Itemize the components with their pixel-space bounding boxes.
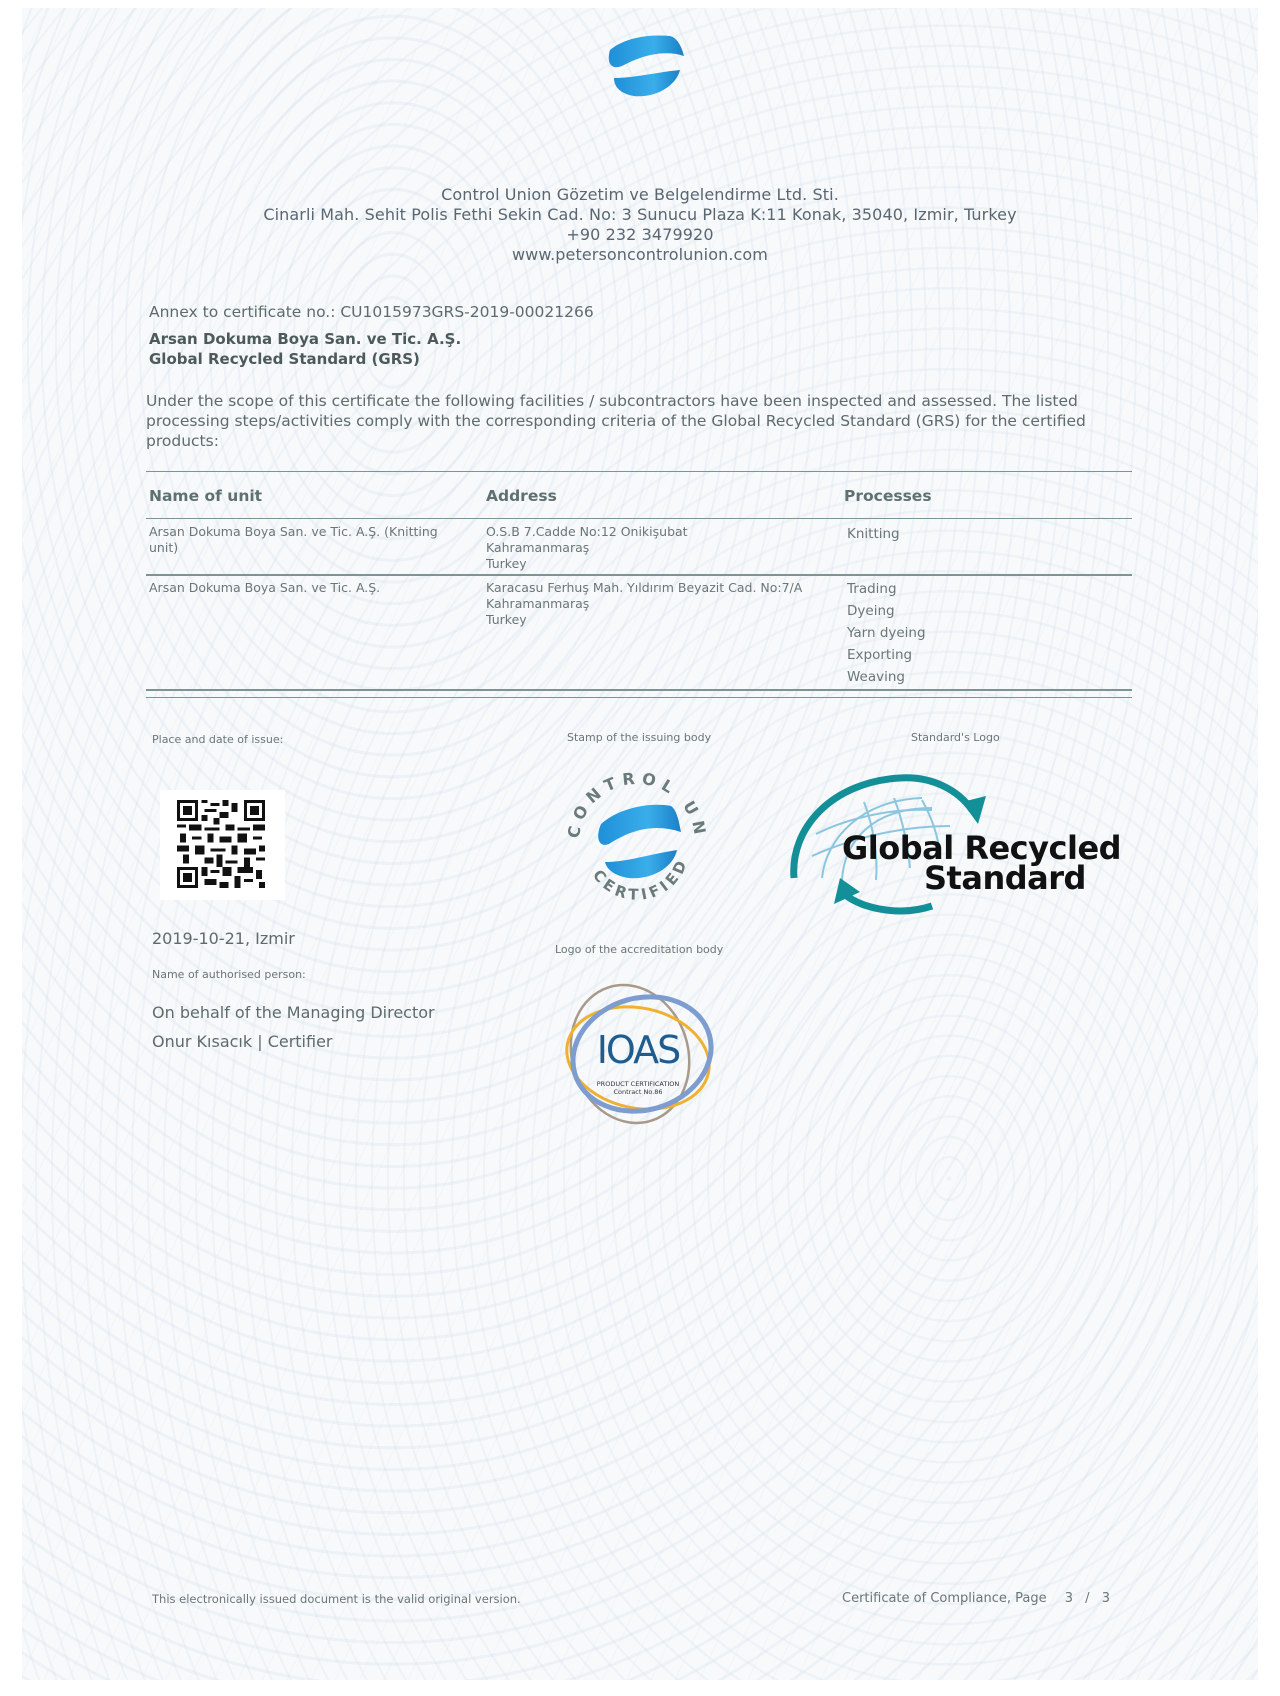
page-indicator: Certificate of Compliance, Page 3 / 3 [842,1591,1110,1606]
standard-logo-label: Standard's Logo [911,731,1000,744]
process-item: Knitting [847,523,900,545]
qr-code-icon [176,800,266,888]
process-item: Exporting [847,644,926,666]
grs-logo-line2: Standard [924,862,1086,894]
ioas-name: IOAS [558,1030,718,1070]
certified-company-name: Arsan Dokuma Boya San. ve Tic. A.Ş. [149,330,461,348]
stamp-label: Stamp of the issuing body [567,731,711,744]
annex-certificate-number: Annex to certificate no.: CU1015973GRS-2… [149,303,594,321]
global-recycled-standard-logo: Global Recycled Standard [782,768,1127,916]
issuer-address: Cinarli Mah. Sehit Polis Fethi Sekin Cad… [0,205,1280,225]
issuer-company-name: Control Union Gözetim ve Belgelendirme L… [0,185,1280,205]
ioas-sub1: PRODUCT CERTIFICATION [558,1080,718,1088]
process-item: Dyeing [847,600,926,622]
address-line: Karacasu Ferhuş Mah. Yıldırım Beyazit Ca… [486,580,802,596]
address-line: Kahramanmaraş [486,596,802,612]
unit-name: Arsan Dokuma Boya San. ve Tic. A.Ş. [149,580,459,596]
on-behalf-text: On behalf of the Managing Director [152,1003,435,1022]
table-header-name: Name of unit [149,487,262,505]
qr-code-container[interactable] [160,790,285,900]
page-label: Certificate of Compliance, Page [842,1591,1047,1606]
address-line: Kahramanmaraş [486,540,688,556]
address-line: Turkey [486,612,802,628]
signer-name: Onur Kısacık | Certifier [152,1032,333,1051]
place-date-label: Place and date of issue: [152,733,283,746]
place-and-date: 2019-10-21, Izmir [152,929,295,948]
table-bottom-rule-2 [146,697,1132,698]
issuer-phone: +90 232 3479920 [0,225,1280,245]
control-union-certified-stamp-icon: CONTROL UNION CERTIFIED [557,762,717,914]
table-header-address: Address [486,487,557,505]
control-union-logo-icon [604,30,686,102]
unit-name: Arsan Dokuma Boya San. ve Tic. A.Ş. (Kni… [149,524,459,556]
authorised-person-label: Name of authorised person: [152,968,306,981]
certified-standard: Global Recycled Standard (GRS) [149,350,420,368]
page-current: 3 [1065,1591,1073,1606]
process-item: Trading [847,578,926,600]
page-total: 3 [1102,1591,1110,1606]
process-item: Weaving [847,666,926,688]
table-row-rule [146,574,1132,576]
table-header-rule [146,518,1132,519]
table-bottom-rule [146,689,1132,691]
address-line: Turkey [486,556,688,572]
table-header-processes: Processes [844,487,932,505]
process-item: Yarn dyeing [847,622,926,644]
ioas-logo: IOAS PRODUCT CERTIFICATION Contract No.8… [558,978,718,1128]
issuer-website[interactable]: www.petersoncontrolunion.com [0,245,1280,265]
table-top-rule [146,471,1132,472]
validity-note: This electronically issued document is t… [152,1592,521,1606]
address-line: O.S.B 7.Cadde No:12 Onikişubat [486,524,688,540]
accreditation-label: Logo of the accreditation body [555,943,723,956]
scope-paragraph: Under the scope of this certificate the … [146,391,1136,451]
ioas-sub2: Contract No.86 [558,1088,718,1096]
page-separator: / [1085,1591,1089,1606]
